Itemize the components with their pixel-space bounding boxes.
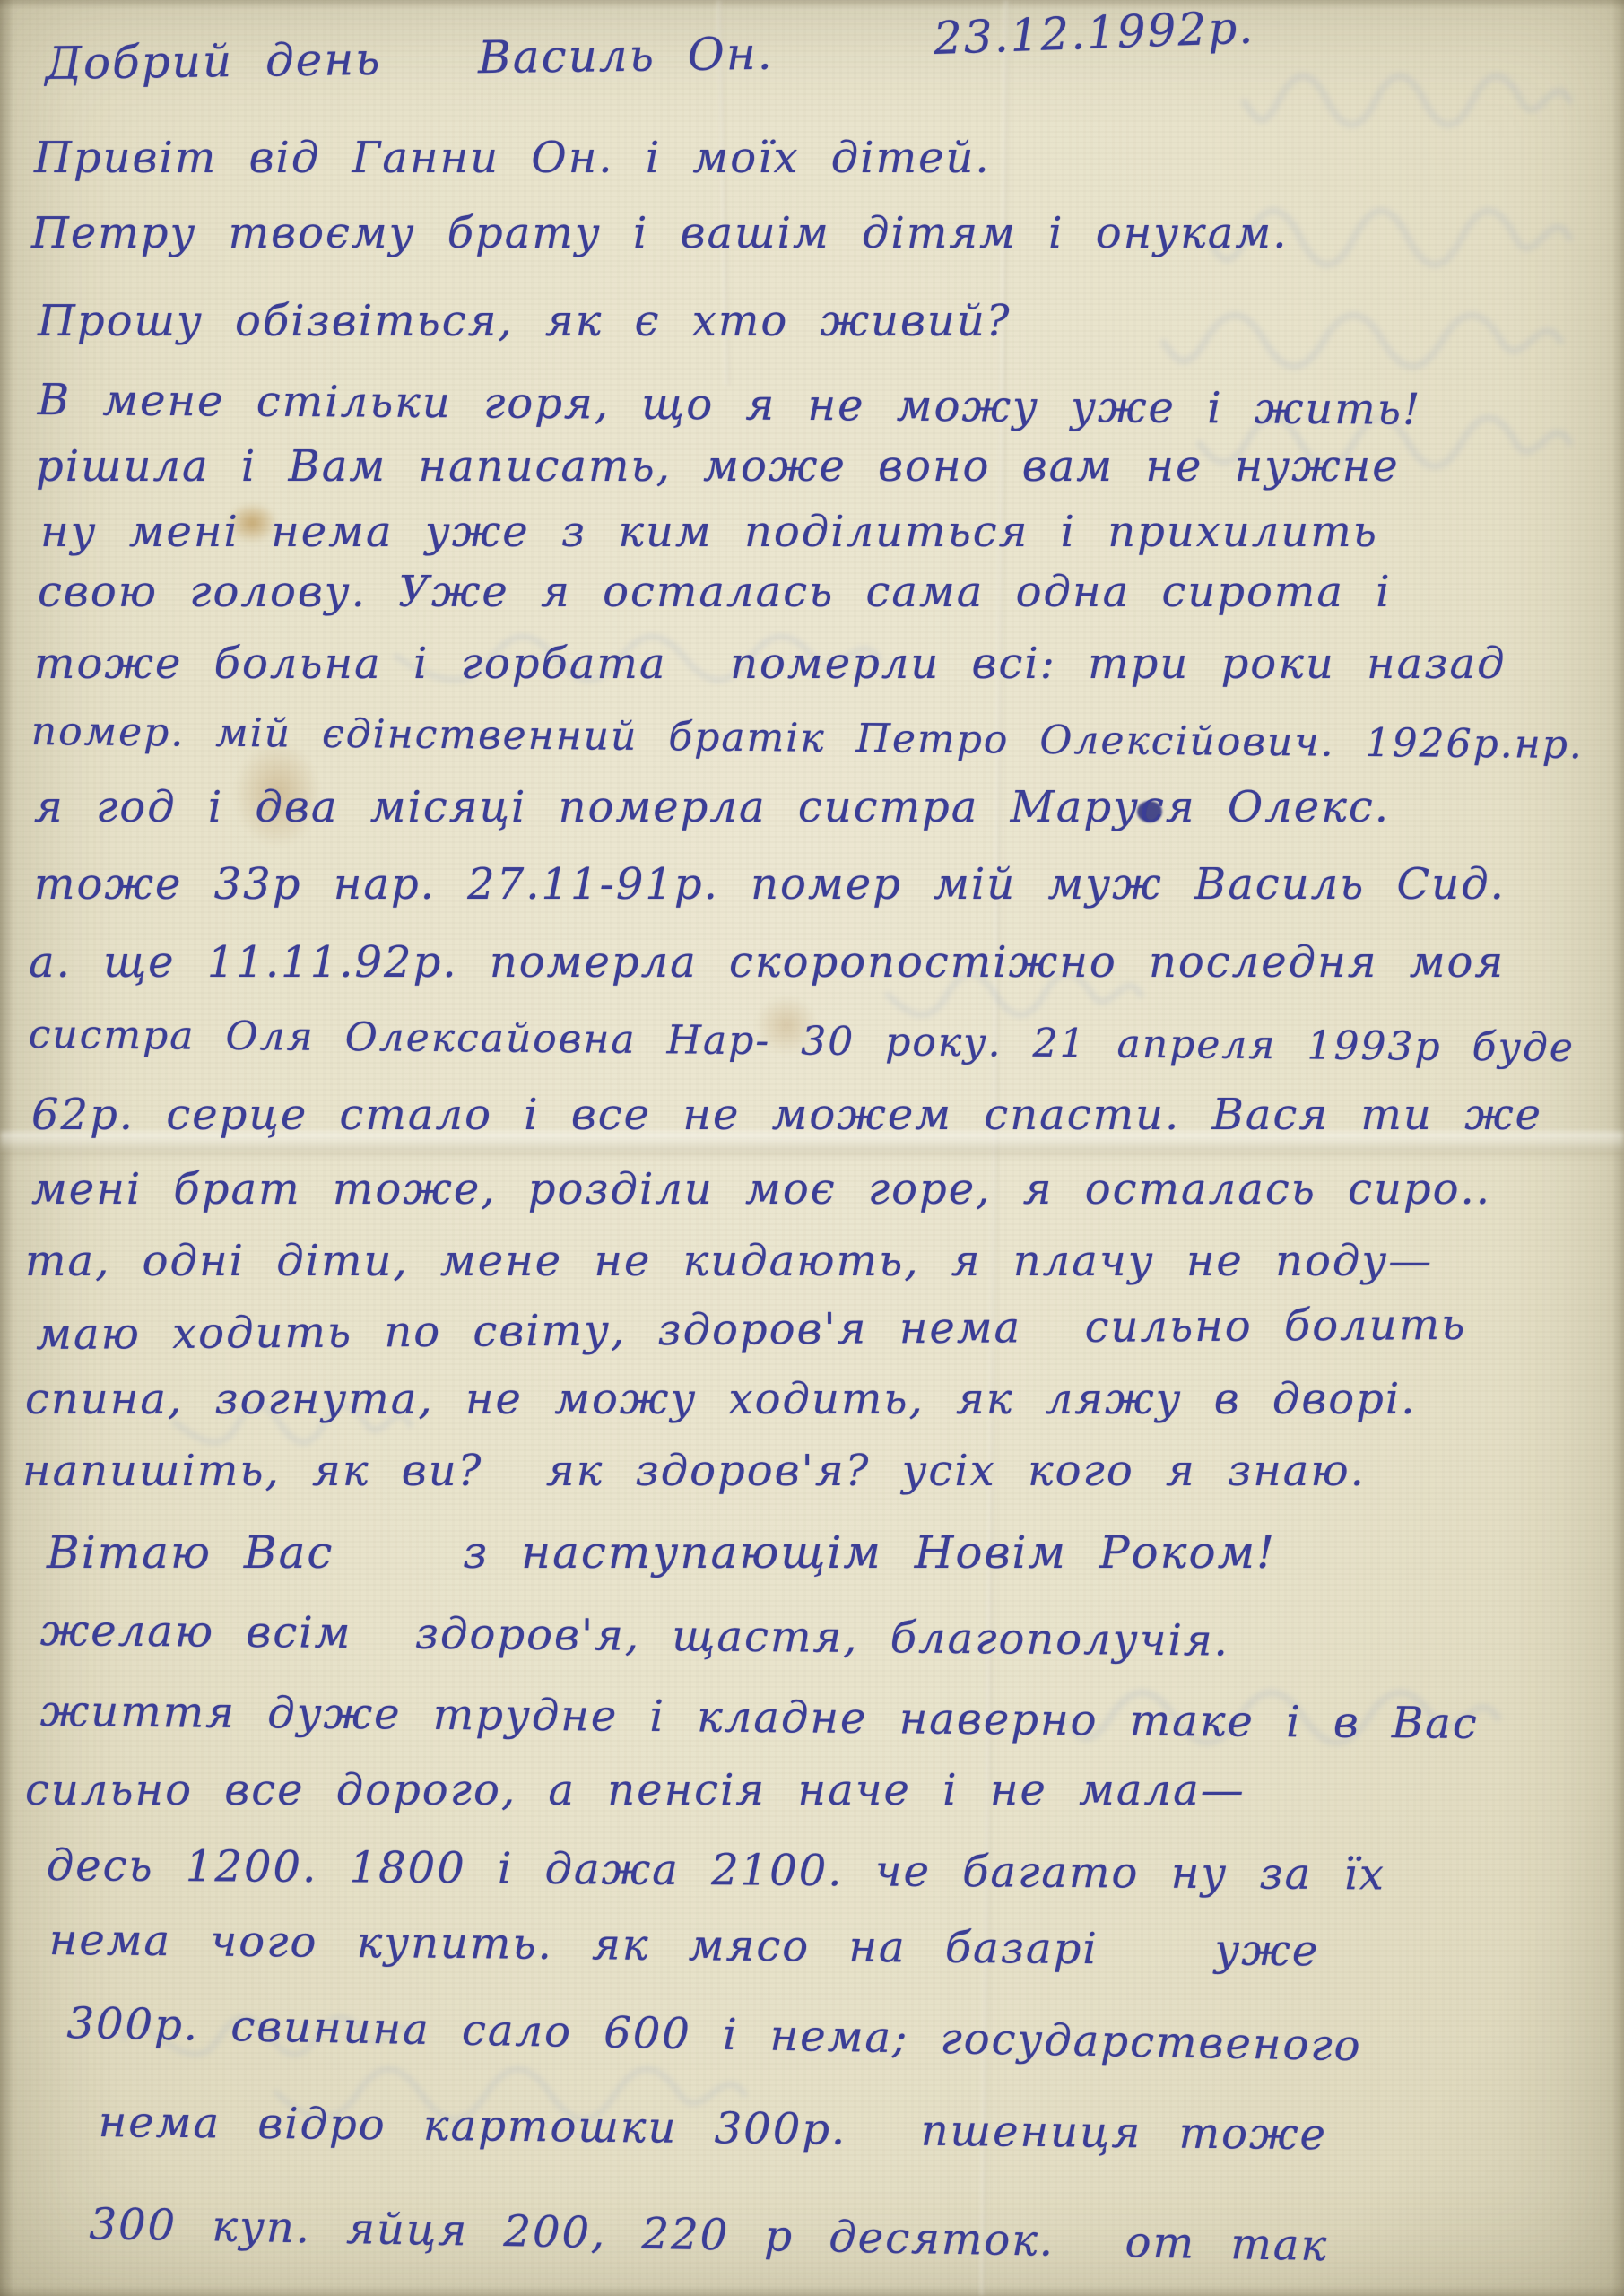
- letter-date: 23.12.1992р.: [933, 1, 1255, 64]
- letter-line-17: та, одні діти, мене не кидають, я плачу …: [25, 1236, 1433, 1286]
- letter-line-18: маю ходить по світу, здоров'я нема сильн…: [36, 1300, 1466, 1360]
- letter-line-05: В мене стільки горя, що я не можу уже і …: [38, 375, 1422, 435]
- letter-line-16: мені брат тоже, розділи моє горе, я оста…: [31, 1164, 1491, 1214]
- letter-line-29: 300 куп. яйця 200, 220 р десяток. от так: [89, 2199, 1329, 2271]
- scan-edge-top: [0, 0, 1624, 9]
- letter-page: 23.12.1992р. Добрий день Василь Он. Прив…: [0, 0, 1624, 2296]
- letter-line-08: свою голову. Уже я осталась сама одна си…: [38, 567, 1392, 617]
- letter-line-03: Петру твоєму брату і вашім дітям і онука…: [31, 208, 1288, 258]
- letter-line-11: я год і два місяці померла систра Маруся…: [34, 782, 1390, 832]
- letter-line-20: напишіть, як ви? як здоров'я? усіх кого …: [22, 1446, 1366, 1496]
- letter-line-09: тоже больна і горбата померли всі: три р…: [34, 639, 1506, 689]
- letter-line-28: нема відро картошки 300р. пшениця тоже: [98, 2097, 1327, 2160]
- letter-line-12: тоже 33р нар. 27.11-91р. помер мій муж В…: [34, 859, 1506, 909]
- letter-line-19: спина, зогнута, не можу ходить, як ляжу …: [25, 1374, 1417, 1424]
- scan-edge-bottom: [0, 2285, 1624, 2296]
- letter-line-22: желаю всім здоров'я, щастя, благополучія…: [40, 1605, 1230, 1666]
- bleed-through: [1157, 296, 1569, 377]
- letter-line-24: сильно все дорого, а пенсія наче і не ма…: [25, 1765, 1246, 1815]
- letter-line-26: нема чого купить. як мясо на базарі уже: [49, 1915, 1320, 1976]
- letter-line-14: систра Оля Олексайовна Нар- 30 року. 21 …: [29, 1012, 1576, 1071]
- letter-line-04: Прошу обізвіться, як є хто живий?: [38, 296, 1011, 346]
- letter-line-06: рішила і Вам написать, може воно вам не …: [36, 441, 1400, 491]
- letter-line-25: десь 1200. 1800 і дажа 2100. че багато н…: [47, 1840, 1385, 1900]
- letter-line-07: ну мені нема уже з ким поділиться і прих…: [40, 507, 1378, 557]
- letter-line-01: Добрий день Василь Он.: [45, 28, 774, 90]
- letter-line-02: Привіт від Ганни Он. і моїх дітей.: [34, 133, 991, 183]
- letter-line-21: Вітаю Вас з наступающім Новім Роком!: [47, 1526, 1276, 1578]
- letter-line-13: а. ще 11.11.92р. померла скоропостіжно п…: [29, 937, 1505, 987]
- bleed-through: [1238, 56, 1578, 136]
- letter-line-15: 62р. серце стало і все не можем спасти. …: [31, 1090, 1542, 1140]
